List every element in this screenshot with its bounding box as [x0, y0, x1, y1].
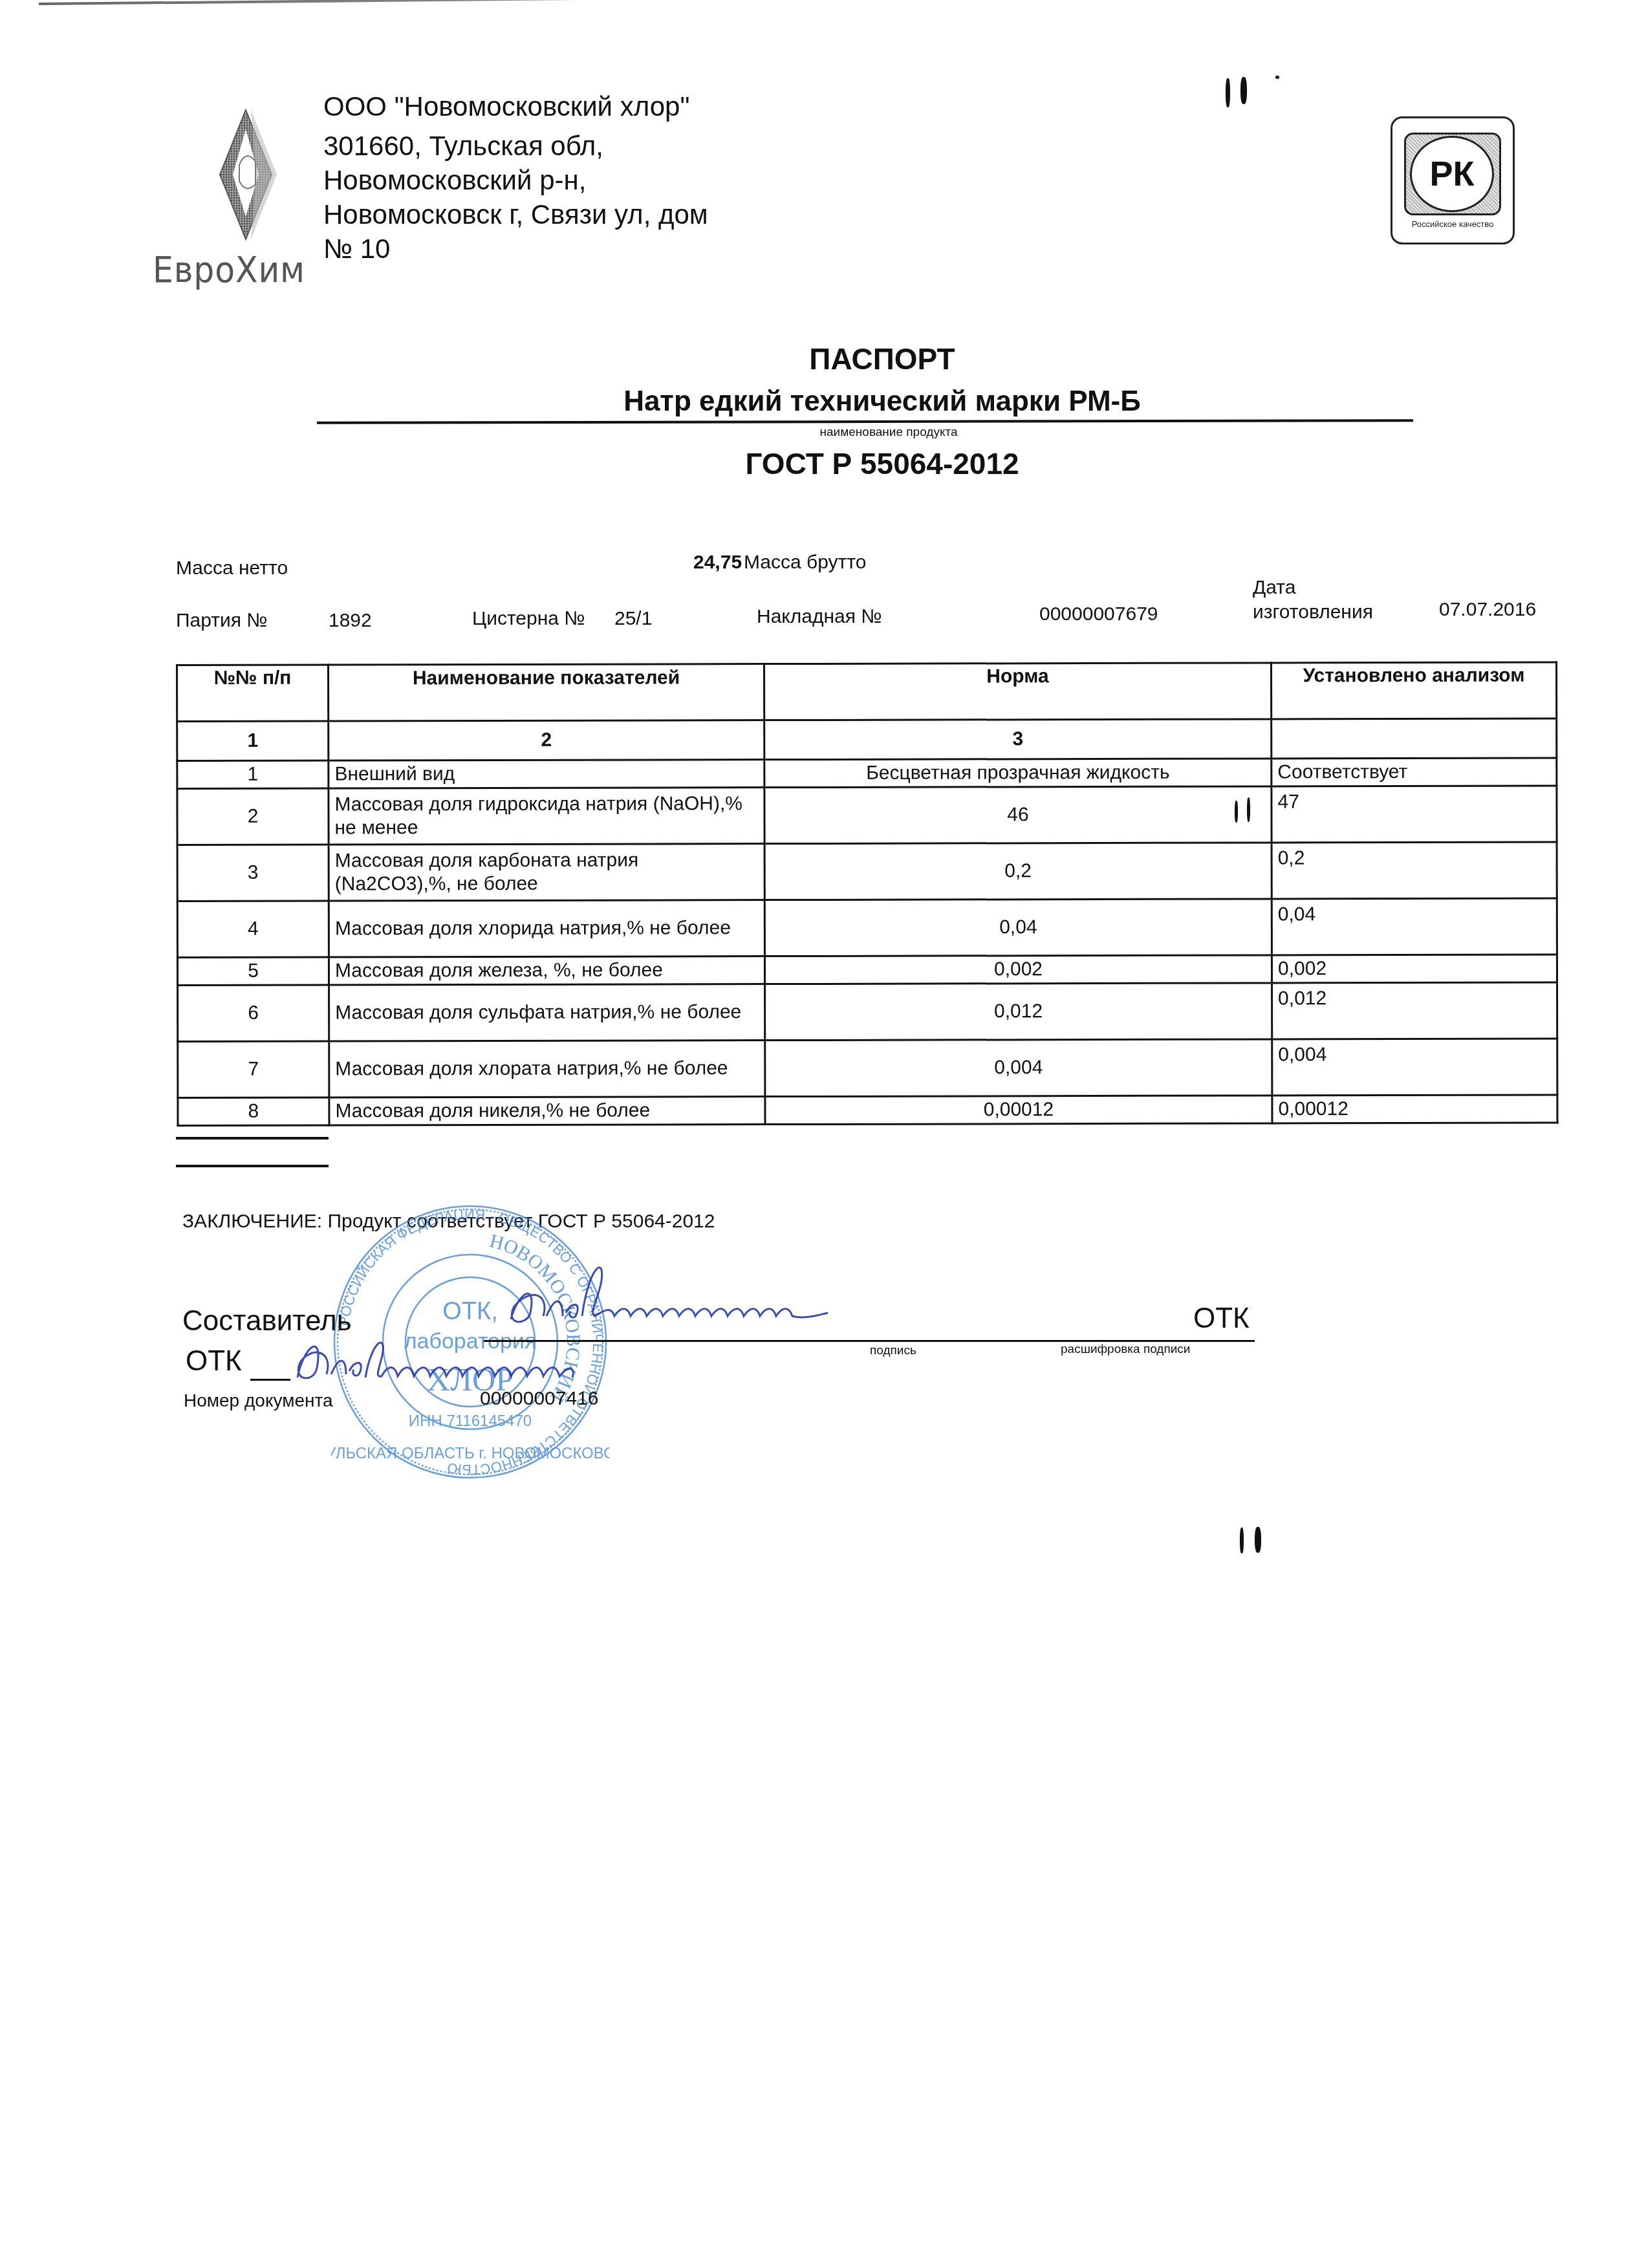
- rk-caption: Российское качество: [1392, 219, 1513, 229]
- product-name: Натр едкий технический марки РМ-Б: [65, 385, 1635, 418]
- table-row: 4 Массовая доля хлорида натрия,% не боле…: [177, 898, 1557, 957]
- table-row: 3 Массовая доля карбоната натрия (Na2CO3…: [177, 842, 1557, 901]
- indicator-name: Массовая доля сульфата натрия,% не более: [329, 984, 765, 1041]
- indicator-name: Массовая доля железа, %, не более: [329, 956, 764, 985]
- product-underline: [317, 419, 1413, 424]
- row-index: 4: [177, 901, 329, 957]
- indicator-name: Массовая доля никеля,% не более: [329, 1097, 765, 1125]
- gross-mass-label: Масса брутто: [744, 552, 866, 574]
- scan-mark: [1240, 1528, 1244, 1553]
- specification-table: №№ п/п Наименование показателей Норма Ус…: [176, 662, 1558, 1127]
- row-index: 5: [177, 957, 329, 985]
- qc-label: ОТК: [186, 1345, 242, 1377]
- company-block: ООО "Новомосковский хлор" 301660, Тульск…: [323, 89, 708, 266]
- standard-title: ГОСТ Р 55064-2012: [65, 446, 1635, 481]
- decode-caption: расшифровка подписи: [1061, 1343, 1190, 1357]
- svg-text:ТУЛЬСКАЯ ОБЛАСТЬ г. НОВОМОСКОВ: ТУЛЬСКАЯ ОБЛАСТЬ г. НОВОМОСКОВСК: [331, 1445, 609, 1462]
- indicator-name: Массовая доля хлорида натрия,% не более: [329, 900, 764, 957]
- rk-letters: РК: [1410, 136, 1494, 212]
- row-index: 6: [178, 985, 329, 1041]
- scan-mark: [1275, 76, 1279, 79]
- column-number-row: 1 2 3: [177, 718, 1557, 761]
- doc-type-title: ПАСПОРТ: [65, 341, 1635, 376]
- address-line: № 10: [323, 232, 708, 266]
- row-index: 1: [177, 761, 329, 788]
- header-result: Установлено анализом: [1271, 662, 1556, 719]
- tank-label: Цистерна №: [472, 608, 585, 630]
- table-row: 2 Массовая доля гидроксида натрия (NaOH)…: [177, 786, 1557, 845]
- header-norm: Норма: [764, 663, 1272, 720]
- rk-badge-frame: РК: [1404, 133, 1501, 215]
- norm-value: 0,004: [765, 1039, 1272, 1097]
- decoded-name: ОТК: [1193, 1302, 1250, 1335]
- table-row: 5 Массовая доля железа, %, не более 0,00…: [177, 955, 1557, 985]
- header-index: №№ п/п: [177, 665, 329, 721]
- russian-quality-badge: РК Российское качество: [1391, 116, 1515, 244]
- result-value: 0,00012: [1272, 1095, 1557, 1123]
- norm-value: 0,012: [765, 983, 1272, 1041]
- column-number: 3: [764, 719, 1272, 760]
- table-row: 1 Внешний вид Бесцветная прозрачная жидк…: [177, 758, 1557, 788]
- row-index: 2: [177, 788, 329, 845]
- blank-line: [176, 1137, 329, 1139]
- result-value: 0,004: [1272, 1039, 1557, 1096]
- row-index: 7: [178, 1041, 329, 1097]
- indicator-name: Массовая доля гидроксида натрия (NaOH),%…: [329, 788, 764, 845]
- table-row: 8 Массовая доля никеля,% не более 0,0001…: [178, 1095, 1557, 1125]
- net-mass-label: Масса нетто: [176, 557, 288, 579]
- doc-number-value: 00000007416: [480, 1388, 599, 1410]
- scan-mark: [1226, 78, 1230, 107]
- doc-number-label: Номер документа: [184, 1390, 333, 1411]
- date-label-line1: Дата: [1253, 577, 1295, 599]
- table-row: 6 Массовая доля сульфата натрия,% не бол…: [178, 982, 1557, 1041]
- batch-value: 1892: [329, 610, 372, 632]
- norm-value: 0,002: [764, 955, 1272, 984]
- column-number: 1: [177, 721, 329, 761]
- product-caption: наименование продукта: [71, 426, 1635, 440]
- address-line: 301660, Тульская обл,: [323, 129, 708, 163]
- column-number: 2: [329, 720, 764, 761]
- indicator-name: Внешний вид: [329, 760, 764, 788]
- result-value: 0,012: [1272, 982, 1557, 1039]
- invoice-value: 00000007679: [1039, 603, 1158, 625]
- result-value: Соответствует: [1272, 758, 1557, 786]
- row-index: 3: [177, 845, 329, 901]
- row-index: 8: [178, 1097, 329, 1125]
- norm-value: 46: [764, 786, 1272, 844]
- result-value: 0,002: [1272, 955, 1557, 983]
- result-value: 47: [1272, 786, 1557, 843]
- date-label-line2: изготовления: [1253, 601, 1373, 623]
- blank-line: [176, 1165, 329, 1167]
- tank-value: 25/1: [614, 608, 652, 630]
- table-row: 7 Массовая доля хлората натрия,% не боле…: [178, 1039, 1557, 1097]
- scan-mark: [1240, 77, 1247, 104]
- address-line: Новомосковск г, Связи ул, дом: [323, 197, 708, 232]
- eurochem-logo-text: ЕвроХим: [153, 249, 305, 291]
- norm-value: 0,2: [764, 843, 1272, 900]
- svg-text:ИНН 7116145470: ИНН 7116145470: [409, 1412, 532, 1430]
- qc-signature-icon: [285, 1319, 621, 1390]
- column-number: [1272, 718, 1557, 759]
- scan-mark: [1255, 1527, 1261, 1553]
- indicator-name: Массовая доля хлората натрия,% не более: [329, 1041, 765, 1097]
- address-line: Новомосковский р-н,: [323, 163, 708, 197]
- norm-value: Бесцветная прозрачная жидкость: [764, 759, 1272, 788]
- result-value: 0,2: [1272, 842, 1557, 899]
- header-indicator: Наименование показателей: [329, 664, 764, 721]
- scan-edge: [39, 0, 1074, 5]
- result-value: 0,04: [1272, 898, 1557, 955]
- diamond-logo-icon: [194, 103, 304, 246]
- norm-value: 0,04: [764, 899, 1272, 956]
- manufacture-date: 07.07.2016: [1439, 599, 1536, 621]
- batch-label: Партия №: [176, 610, 268, 632]
- company-name: ООО "Новомосковский хлор": [323, 89, 708, 124]
- norm-value: 0,00012: [765, 1096, 1272, 1125]
- invoice-label: Накладная №: [757, 606, 882, 628]
- gross-mass-value: 24,75: [693, 552, 742, 574]
- indicator-name: Массовая доля карбоната натрия (Na2CO3),…: [329, 844, 764, 901]
- signature-caption: подпись: [870, 1344, 916, 1358]
